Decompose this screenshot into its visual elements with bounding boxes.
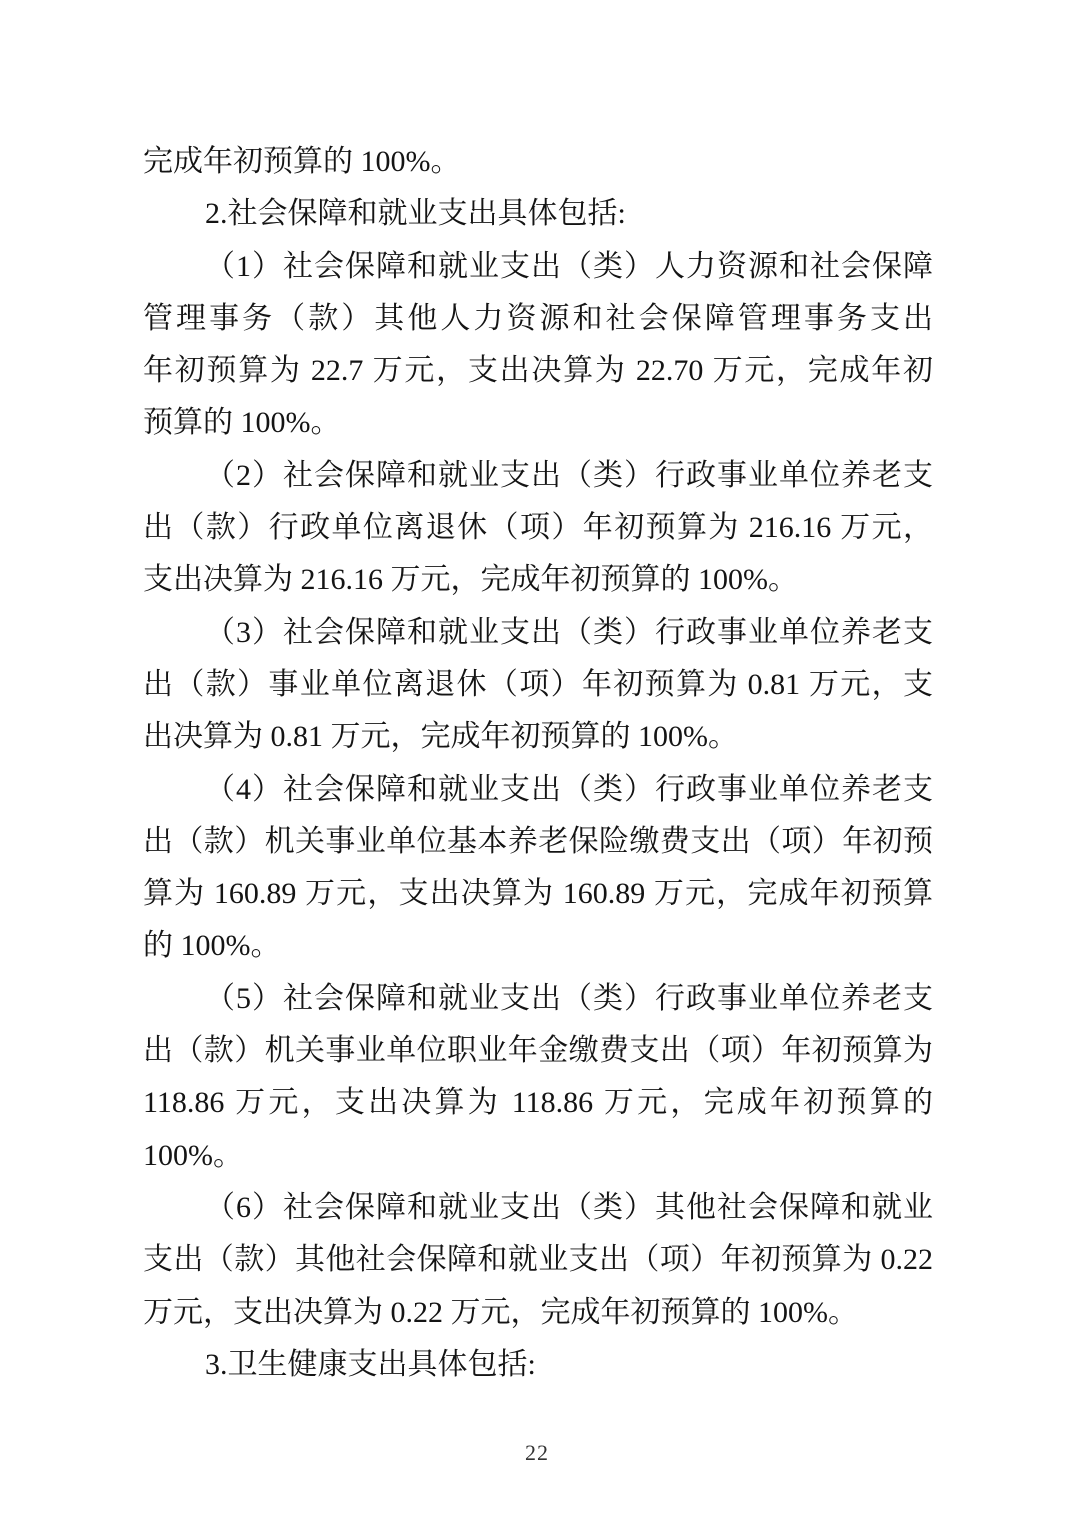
text-line: 118.86 万元，支出决算为 118.86 万元，完成年初预算的	[143, 1077, 933, 1129]
text-line: 2.社会保障和就业支出具体包括:	[143, 188, 933, 240]
text-line: 预算的 100%。	[143, 397, 933, 449]
text-line: 100%。	[143, 1130, 933, 1182]
page-number: 22	[525, 1440, 549, 1465]
text-line: 算为 160.89 万元，支出决算为 160.89 万元，完成年初预算	[143, 868, 933, 920]
text-line: 出（款）机关事业单位职业年金缴费支出（项）年初预算为	[143, 1025, 933, 1077]
text-line: （1）社会保障和就业支出（类）人力资源和社会保障	[143, 241, 933, 293]
text-line: 出（款）行政单位离退休（项）年初预算为 216.16 万元，	[143, 502, 933, 554]
text-line: 3.卫生健康支出具体包括:	[143, 1339, 933, 1391]
text-line: 出（款）机关事业单位基本养老保险缴费支出（项）年初预	[143, 816, 933, 868]
text-line: 出决算为 0.81 万元，完成年初预算的 100%。	[143, 711, 933, 763]
text-line: 支出（款）其他社会保障和就业支出（项）年初预算为 0.22	[143, 1234, 933, 1286]
document-body: 完成年初预算的 100%。2.社会保障和就业支出具体包括:（1）社会保障和就业支…	[143, 136, 933, 1391]
text-line: 管理事务（款）其他人力资源和社会保障管理事务支出（项）	[143, 293, 933, 345]
text-line: （6）社会保障和就业支出（类）其他社会保障和就业	[143, 1182, 933, 1234]
text-line: 年初预算为 22.7 万元，支出决算为 22.70 万元，完成年初	[143, 345, 933, 397]
text-line: （2）社会保障和就业支出（类）行政事业单位养老支	[143, 450, 933, 502]
text-line: （4）社会保障和就业支出（类）行政事业单位养老支	[143, 764, 933, 816]
text-line: （5）社会保障和就业支出（类）行政事业单位养老支	[143, 973, 933, 1025]
text-line: 完成年初预算的 100%。	[143, 136, 933, 188]
document-page: 完成年初预算的 100%。2.社会保障和就业支出具体包括:（1）社会保障和就业支…	[0, 0, 1074, 1520]
text-line: （3）社会保障和就业支出（类）行政事业单位养老支	[143, 607, 933, 659]
text-line: 出（款）事业单位离退休（项）年初预算为 0.81 万元，支	[143, 659, 933, 711]
page-footer: 22	[0, 1440, 1074, 1466]
text-line: 的 100%。	[143, 920, 933, 972]
text-line: 支出决算为 216.16 万元，完成年初预算的 100%。	[143, 554, 933, 606]
text-line: 万元，支出决算为 0.22 万元，完成年初预算的 100%。	[143, 1287, 933, 1339]
